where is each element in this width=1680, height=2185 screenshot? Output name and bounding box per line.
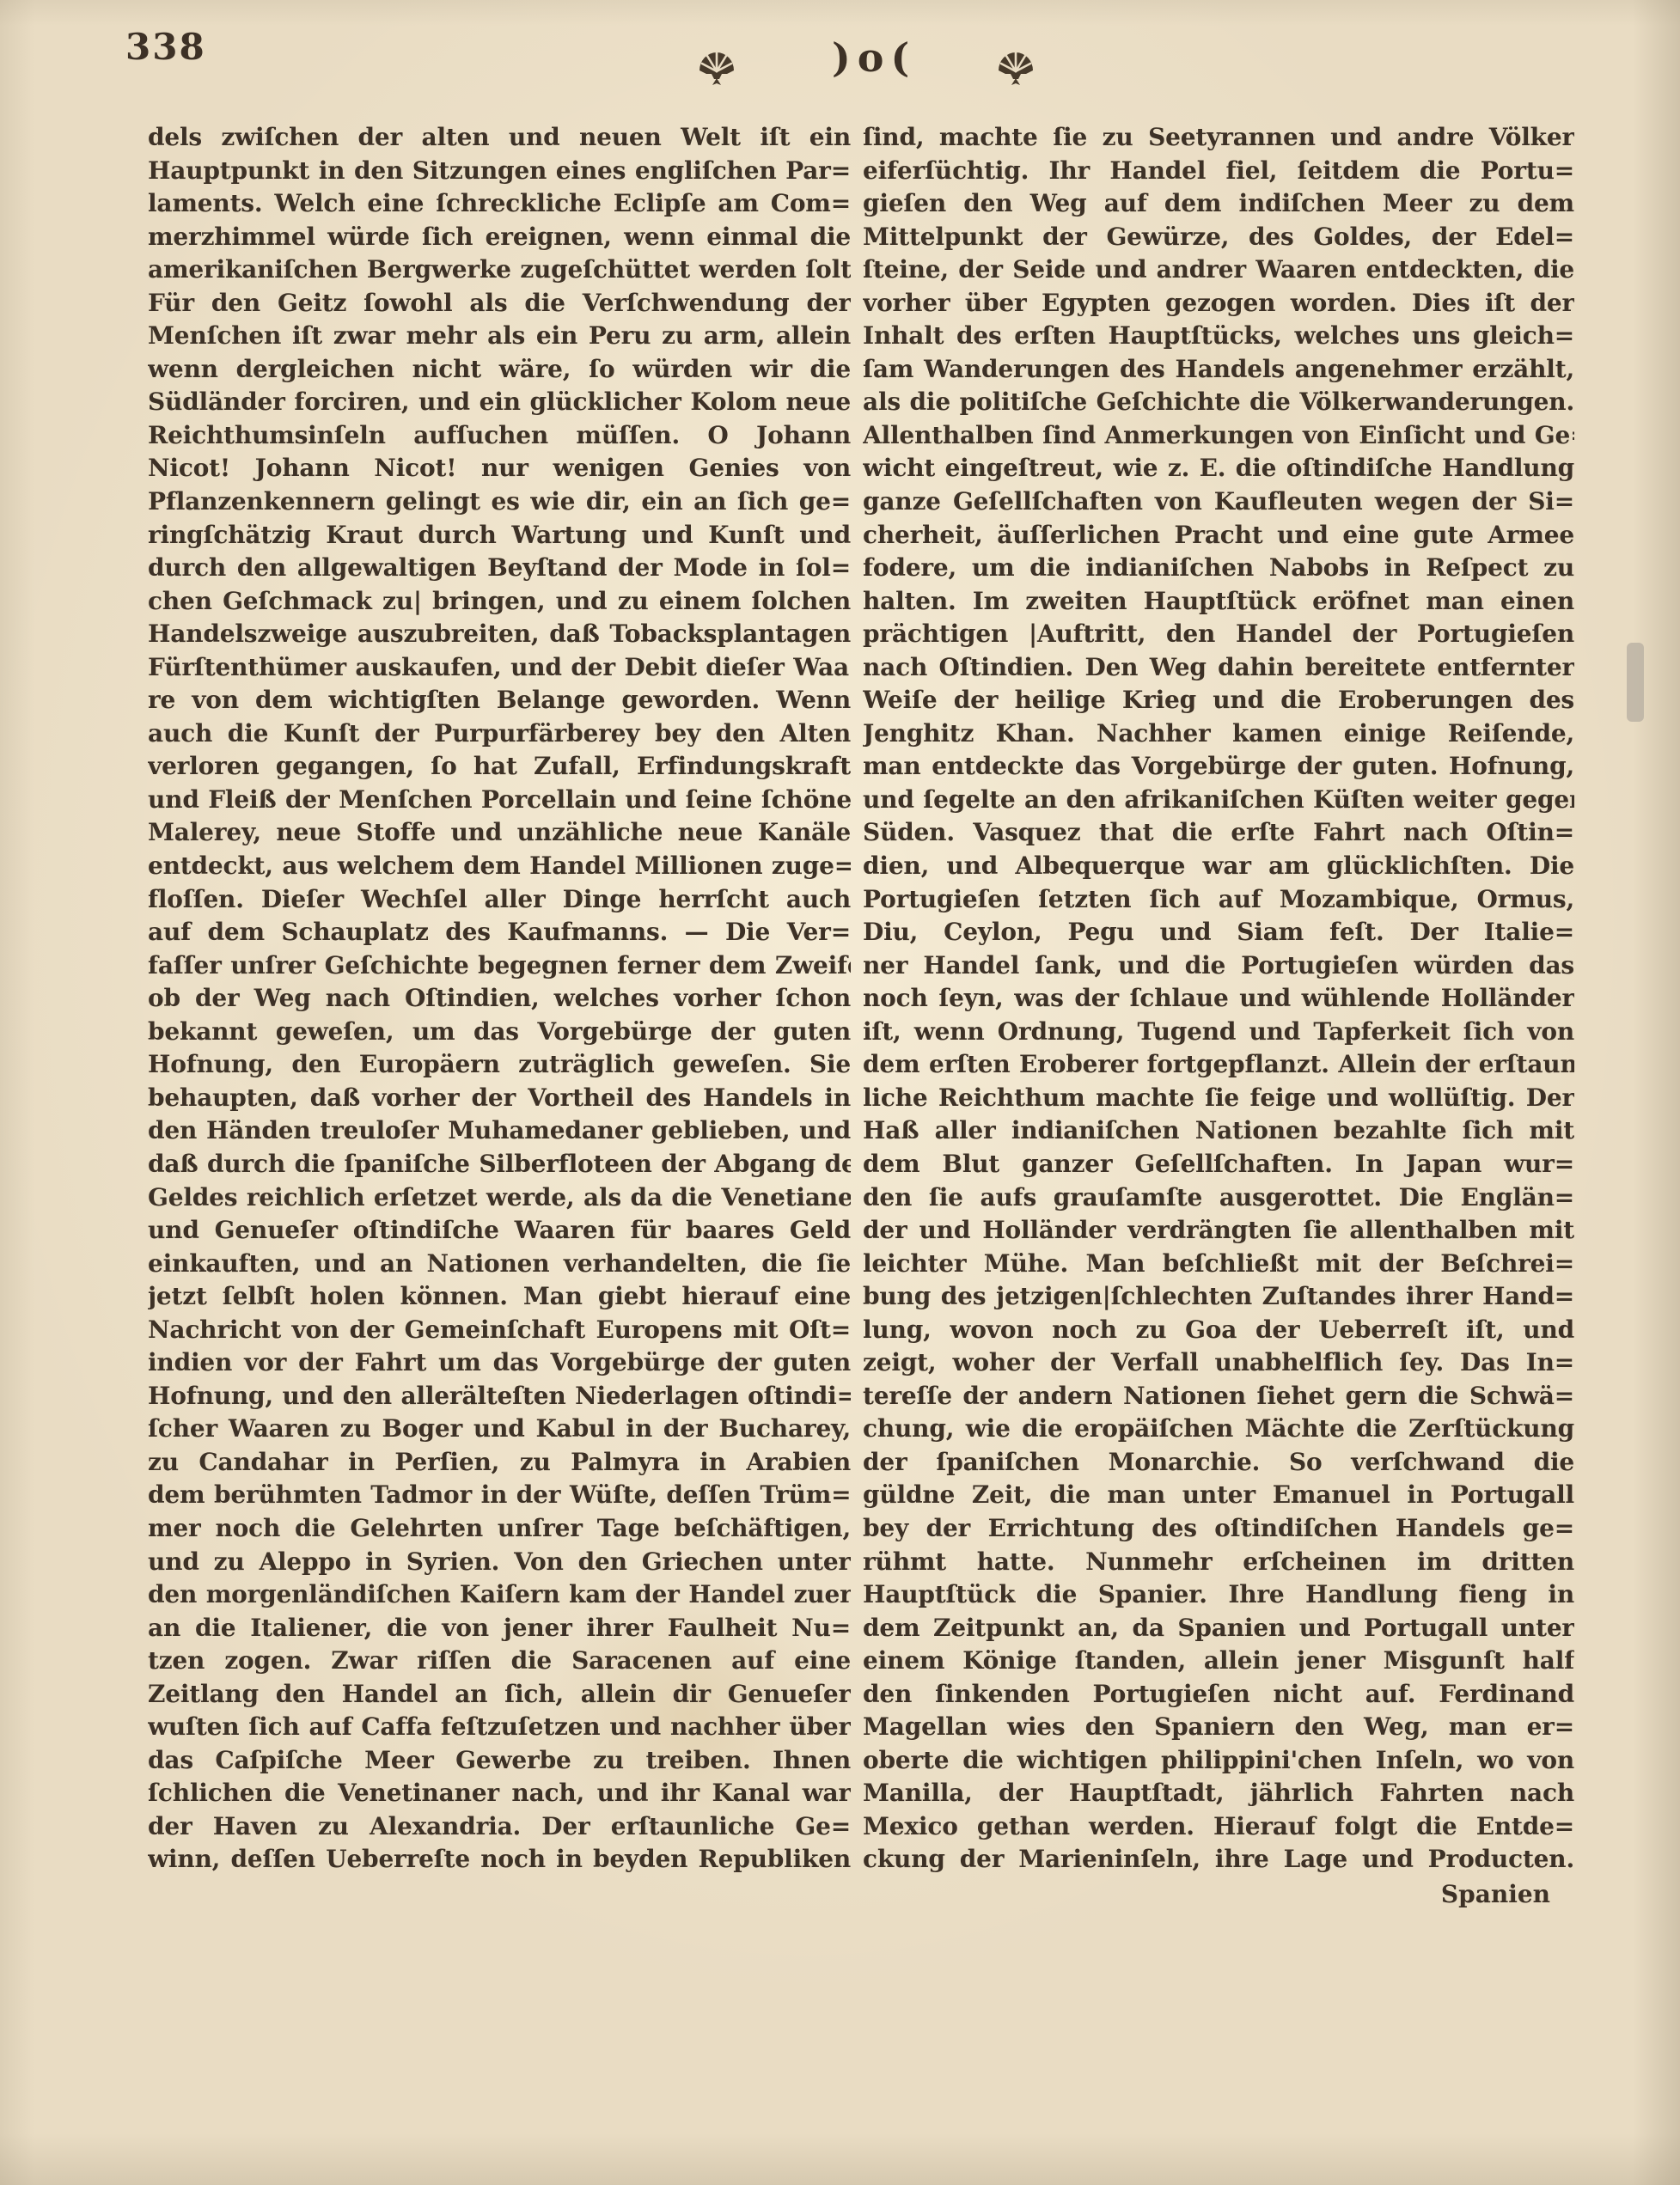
text-line: ſchlichen die Venetinaner nach, und ihr … bbox=[148, 1777, 851, 1810]
text-line: Nachricht von der Gemeinſchaft Europens … bbox=[148, 1314, 851, 1347]
text-line: wuſten ſich auf Caffa feſtzuſetzen und n… bbox=[148, 1711, 851, 1744]
text-line: auf dem Schauplatz des Kaufmanns. — Die … bbox=[148, 916, 851, 949]
text-line: indien vor der Fahrt um das Vorgebürge d… bbox=[148, 1346, 851, 1380]
text-line: oberte die wichtigen philippini'chen Inſ… bbox=[863, 1744, 1574, 1778]
text-line: gieſen den Weg auf dem indiſchen Meer zu… bbox=[863, 187, 1574, 221]
book-page: 338 )o( bbox=[0, 0, 1680, 2185]
text-line: bung des jetzigen|ſchlechten Zuſtandes i… bbox=[863, 1280, 1574, 1314]
text-line: dem erſten Eroberer fortgepflanzt. Allei… bbox=[863, 1048, 1574, 1082]
text-line: ringſchätzig Kraut durch Wartung und Kun… bbox=[148, 519, 851, 552]
text-line: dem Zeitpunkt an, da Spanien und Portuga… bbox=[863, 1612, 1574, 1645]
text-line: einkauften, und an Nationen verhandelten… bbox=[148, 1248, 851, 1281]
text-line: Menſchen iſt zwar mehr als ein Peru zu a… bbox=[148, 320, 851, 353]
text-line: ſind, machte ſie zu Seetyrannen und andr… bbox=[863, 121, 1574, 155]
text-line: das Caſpiſche Meer Gewerbe zu treiben. I… bbox=[148, 1744, 851, 1778]
catchword: Spanien bbox=[863, 1878, 1550, 1912]
text-line: eiferſüchtig. Ihr Handel fiel, ſeitdem d… bbox=[863, 155, 1574, 188]
text-line: Hauptſtück die Spanier. Ihre Handlung fi… bbox=[863, 1578, 1574, 1612]
text-line: dem Blut ganzer Geſellſchaften. In Japan… bbox=[863, 1148, 1574, 1181]
text-line: dels zwiſchen der alten und neuen Welt i… bbox=[148, 121, 851, 155]
text-line: halten. Im zweiten Hauptſtück eröfnet ma… bbox=[863, 585, 1574, 619]
text-line: Portugieſen ſetzten ſich auf Mozambique,… bbox=[863, 883, 1574, 917]
text-line: leichter Mühe. Man beſchließt mit der Be… bbox=[863, 1248, 1574, 1281]
text-line: Hofnung, und den allerälteſten Niederlag… bbox=[148, 1380, 851, 1413]
text-line: Für den Geitz ſowohl als die Verſchwendu… bbox=[148, 287, 851, 320]
text-line: mer noch die Gelehrten unſrer Tage beſch… bbox=[148, 1512, 851, 1546]
text-line: Reichthumsinſeln aufſuchen müſſen. O Joh… bbox=[148, 419, 851, 453]
text-line: Geldes reichlich erſetzet werde, als da … bbox=[148, 1181, 851, 1215]
text-line: Hofnung, den Europäern zuträglich geweſe… bbox=[148, 1048, 851, 1082]
shell-ornament-icon bbox=[696, 45, 737, 88]
text-line: Süden. Vasquez that die erſte Fahrt nach… bbox=[863, 816, 1574, 850]
text-line: Allenthalben ſind Anmerkungen von Einſic… bbox=[863, 419, 1574, 453]
text-line: auch die Kunſt der Purpurfärberey bey de… bbox=[148, 717, 851, 751]
text-line: Nicot! Johann Nicot! nur wenigen Genies … bbox=[148, 452, 851, 485]
text-line: nach Oſtindien. Den Weg dahin bereitete … bbox=[863, 651, 1574, 685]
column-separator-mark: )o( bbox=[832, 34, 916, 81]
text-line: bey der Errichtung des oſtindiſchen Hand… bbox=[863, 1512, 1574, 1546]
text-line: Inhalt des erſten Hauptſtücks, welches u… bbox=[863, 320, 1574, 353]
text-line: daß durch die ſpaniſche Silberfloteen de… bbox=[148, 1148, 851, 1181]
text-line: floſſen. Dieſer Wechſel aller Dinge herr… bbox=[148, 883, 851, 917]
text-line: Südländer forciren, und ein glücklicher … bbox=[148, 386, 851, 419]
text-line: bekannt geweſen, um das Vorgebürge der g… bbox=[148, 1016, 851, 1049]
text-line: iſt, wenn Ordnung, Tugend und Tapferkeit… bbox=[863, 1016, 1574, 1049]
text-line: chen Geſchmack zu| bringen, und zu einem… bbox=[148, 585, 851, 619]
text-line: und Fleiß der Menſchen Porcellain und ſe… bbox=[148, 784, 851, 817]
text-line: wenn dergleichen nicht wäre, ſo würden w… bbox=[148, 353, 851, 387]
left-column: dels zwiſchen der alten und neuen Welt i… bbox=[148, 121, 851, 1877]
text-line: rühmt hatte. Nunmehr erſcheinen im dritt… bbox=[863, 1546, 1574, 1579]
text-line: durch den allgewaltigen Beyſtand der Mod… bbox=[148, 552, 851, 585]
text-line: Haß aller indianiſchen Nationen bezahlte… bbox=[863, 1114, 1574, 1148]
text-line: Mittelpunkt der Gewürze, des Goldes, der… bbox=[863, 221, 1574, 254]
text-line: ſam Wanderungen des Handels angenehmer e… bbox=[863, 353, 1574, 387]
text-line: jetzt ſelbſt holen können. Man giebt hie… bbox=[148, 1280, 851, 1314]
text-line: vorher über Egypten gezogen worden. Dies… bbox=[863, 287, 1574, 320]
text-line: prächtigen |Auftritt, den Handel der Por… bbox=[863, 618, 1574, 651]
text-line: ſcher Waaren zu Boger und Kabul in der B… bbox=[148, 1413, 851, 1446]
text-line: fodere, um die indianiſchen Nabobs in Re… bbox=[863, 552, 1574, 585]
text-line: dien, und Albequerque war am glücklichſt… bbox=[863, 850, 1574, 883]
text-line: Mexico gethan werden. Hierauf folgt die … bbox=[863, 1810, 1574, 1844]
text-line: Weiſe der heilige Krieg und die Eroberun… bbox=[863, 684, 1574, 717]
text-line: ſteine, der Seide und andrer Waaren entd… bbox=[863, 253, 1574, 287]
text-line: ner Handel ſank, und die Portugieſen wür… bbox=[863, 949, 1574, 983]
text-line: ganze Geſellſchaften von Kaufleuten wege… bbox=[863, 485, 1574, 519]
text-line: der Haven zu Alexandria. Der erſtaunlich… bbox=[148, 1810, 851, 1844]
text-line: dem berühmten Tadmor in der Wüſte, deſſe… bbox=[148, 1479, 851, 1512]
text-line: amerikaniſchen Bergwerke zugeſchüttet we… bbox=[148, 253, 851, 287]
text-line: und zu Aleppo in Syrien. Von den Grieche… bbox=[148, 1546, 851, 1579]
text-line: den ſie aufs grauſamſte ausgerottet. Die… bbox=[863, 1181, 1574, 1215]
text-line: re von dem wichtigſten Belange geworden.… bbox=[148, 684, 851, 717]
shell-ornament-icon bbox=[995, 45, 1036, 88]
right-column: ſind, machte ſie zu Seetyrannen und andr… bbox=[863, 121, 1574, 1877]
text-line: laments. Welch eine ſchreckliche Eclipſe… bbox=[148, 187, 851, 221]
text-line: Magellan wies den Spaniern den Weg, man … bbox=[863, 1711, 1574, 1744]
scan-edge-artifact bbox=[1627, 643, 1644, 722]
text-line: noch ſeyn, was der ſchlaue und wühlende … bbox=[863, 982, 1574, 1016]
text-line: der und Holländer verdrängten ſie allent… bbox=[863, 1214, 1574, 1248]
text-line: ob der Weg nach Oſtindien, welches vorhe… bbox=[148, 982, 851, 1016]
text-line: tzen zogen. Zwar riſſen die Saracenen au… bbox=[148, 1645, 851, 1678]
text-line: Zeitlang den Handel an ſich, allein dir … bbox=[148, 1678, 851, 1712]
text-line: Malerey, neue Stoffe und unzähliche neue… bbox=[148, 816, 851, 850]
text-line: lung, wovon noch zu Goa der Ueberreſt iſ… bbox=[863, 1314, 1574, 1347]
text-line: entdeckt, aus welchem dem Handel Million… bbox=[148, 850, 851, 883]
text-line: faſſer unſrer Geſchichte begegnen ferner… bbox=[148, 949, 851, 983]
text-line: güldne Zeit, die man unter Emanuel in Po… bbox=[863, 1479, 1574, 1512]
text-line: man entdeckte das Vorgebürge der guten. … bbox=[863, 750, 1574, 784]
text-line: zu Candahar in Perſien, zu Palmyra in Ar… bbox=[148, 1446, 851, 1480]
text-line: winn, deſſen Ueberreſte noch in beyden R… bbox=[148, 1843, 851, 1877]
text-line: ckung der Marieninſeln, ihre Lage und Pr… bbox=[863, 1843, 1574, 1877]
text-line: wicht eingeſtreut, wie z. E. die oſtindi… bbox=[863, 452, 1574, 485]
text-line: Jenghitz Khan. Nachher kamen einige Reiſ… bbox=[863, 717, 1574, 751]
text-line: verloren gegangen, ſo hat Zufall, Erfind… bbox=[148, 750, 851, 784]
text-line: den morgenländiſchen Kaiſern kam der Han… bbox=[148, 1578, 851, 1612]
text-line: Manilla, der Hauptſtadt, jährlich Fahrte… bbox=[863, 1777, 1574, 1810]
text-line: Pflanzenkennern gelingt es wie dir, ein … bbox=[148, 485, 851, 519]
text-line: als die politiſche Geſchichte die Völker… bbox=[863, 386, 1574, 419]
text-line: Handelszweige auszubreiten, daß Tobacksp… bbox=[148, 618, 851, 651]
text-line: merzhimmel würde ſich ereignen, wenn ein… bbox=[148, 221, 851, 254]
text-line: tereſſe der andern Nationen ſiehet gern … bbox=[863, 1380, 1574, 1413]
text-line: Hauptpunkt in den Sitzungen eines engliſ… bbox=[148, 155, 851, 188]
text-line: an die Italiener, die von jener ihrer Fa… bbox=[148, 1612, 851, 1645]
page-number: 338 bbox=[125, 26, 206, 68]
text-line: cherheit, äuſſerlichen Pracht und eine g… bbox=[863, 519, 1574, 552]
text-line: und Genueſer oſtindiſche Waaren für baar… bbox=[148, 1214, 851, 1248]
text-line: Fürſtenthümer auskaufen, und der Debit d… bbox=[148, 651, 851, 685]
text-line: und ſegelte an den afrikaniſchen Küſten … bbox=[863, 784, 1574, 817]
text-line: einem Könige ſtanden, allein jener Misgu… bbox=[863, 1645, 1574, 1678]
text-line: den Händen treuloſer Muhamedaner geblieb… bbox=[148, 1114, 851, 1148]
text-line: Diu, Ceylon, Pegu und Siam feſt. Der Ita… bbox=[863, 916, 1574, 949]
text-line: der ſpaniſchen Monarchie. So verſchwand … bbox=[863, 1446, 1574, 1480]
text-line: zeigt, woher der Verfall unabhelflich ſe… bbox=[863, 1346, 1574, 1380]
text-line: chung, wie die eropäiſchen Mächte die Ze… bbox=[863, 1413, 1574, 1446]
text-line: behaupten, daß vorher der Vortheil des H… bbox=[148, 1082, 851, 1115]
text-line: den ſinkenden Portugieſen nicht auf. Fer… bbox=[863, 1678, 1574, 1712]
text-line: liche Reichthum machte ſie feige und wol… bbox=[863, 1082, 1574, 1115]
